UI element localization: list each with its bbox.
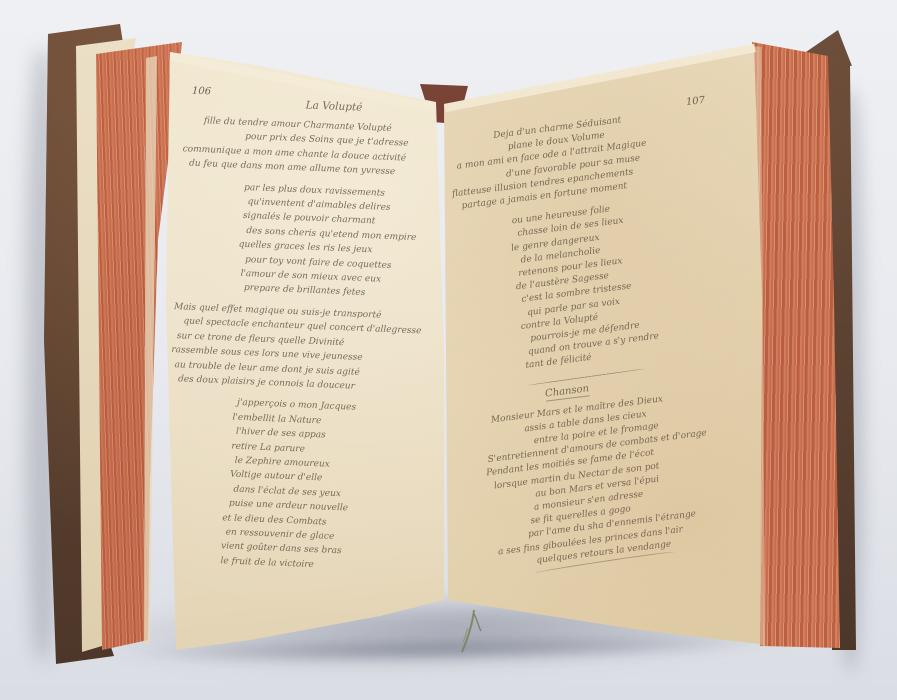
poem-stanza: Mais quel effet magique ou suis-je trans… [166,300,443,398]
poem-stanza: ou une heureuse foliechasse loin de ses … [456,185,783,380]
section-heading-label: Chanson [544,383,589,401]
poem-stanza: j'apperçois o mon Jacquesl'embellit la N… [158,393,439,577]
left-page-text: La Volupté fille du tendre amour Charman… [158,94,452,577]
poem-stanza: par les plus doux ravissementsqu'invente… [170,178,449,305]
photo-open-manuscript-book: 106 107 La Volupté fille du tendre amour… [0,0,897,700]
poem-stanza: fille du tendre amour Charmante Voluptép… [175,113,451,182]
plant-sprig-icon [452,608,498,656]
right-page-text: Deja d'un charme Séduisantplane le doux … [444,90,807,577]
poem-stanza: Monsieur Mars et le maître des Dieuxassi… [479,378,806,573]
